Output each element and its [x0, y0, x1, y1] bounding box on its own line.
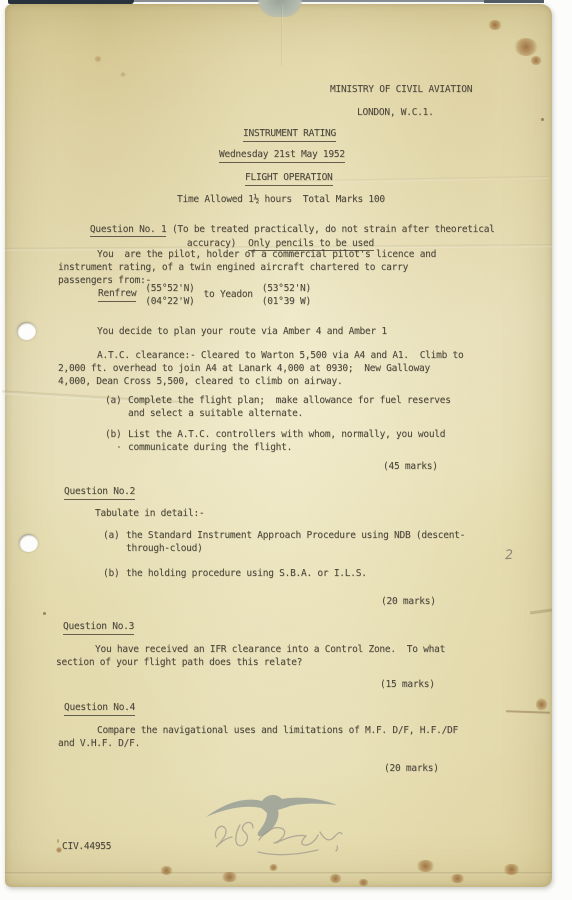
route-to-coordinates: (53°52'N) (01°39 W)	[262, 282, 311, 308]
margin-note-pencil: 2	[504, 548, 513, 564]
stain	[221, 872, 238, 882]
document-title: INSTRUMENT RATING	[243, 128, 336, 142]
question4-body-line: and V.H.F. D/F.	[58, 738, 140, 750]
question2-label: Question No.2	[64, 486, 135, 500]
question1-label: Question No. 1	[90, 224, 167, 237]
route-from-coordinates: (55°52'N) (04°22'W)	[145, 282, 194, 308]
speck	[541, 118, 544, 121]
stain	[503, 864, 520, 875]
header-london: LONDON, W.C.1.	[357, 107, 434, 119]
route-to-label: to Yeadon	[204, 289, 253, 301]
question3-label: Question No.3	[63, 621, 134, 635]
stain	[94, 56, 102, 62]
route-from-lat: (55°52'N)	[145, 282, 194, 295]
question1-item-b-line: communicate during the flight.	[128, 442, 292, 454]
header-ministry: MINISTRY OF CIVIL AVIATION	[330, 84, 472, 96]
scan-edge-artifact	[134, 0, 484, 2]
route-from-label: Renfrew	[98, 288, 136, 302]
document-subtitle: FLIGHT OPERATION	[245, 172, 333, 186]
question1-item-a-line: Complete the flight plan; make allowance…	[128, 395, 451, 407]
question1-paragraph-line: You are the pilot, holder of a commercia…	[97, 249, 436, 261]
question4-label: Question No.4	[64, 702, 135, 716]
question3-body-line: section of your flight path does this re…	[56, 657, 302, 669]
question2-item-a-line: through-cloud)	[126, 543, 203, 555]
question1-item-a-line: and select a suitable alternate.	[128, 408, 303, 420]
document-reference-number: CIV.44955	[62, 841, 111, 853]
route-block: Renfrew (55°52'N) (04°22'W) to Yeadon (5…	[98, 282, 311, 308]
question1-paragraph-line: instrument rating, of a twin engined air…	[58, 262, 408, 274]
stain	[488, 20, 502, 30]
atc-clearance-line: A.T.C. clearance:- Cleared to Warton 5,5…	[97, 350, 463, 362]
question1-item-b-line: List the A.T.C. controllers with whom, n…	[128, 429, 445, 441]
stain	[269, 864, 278, 871]
document-date: Wednesday 21st May 1952	[219, 149, 345, 163]
question4-body-line: Compare the navigational uses and limita…	[97, 725, 458, 737]
punch-hole-bottom	[19, 534, 38, 552]
scan-edge-artifact	[484, 0, 544, 3]
time-allowed-line: Time Allowed 1½ hours Total Marks 100	[177, 194, 385, 206]
speck	[43, 612, 46, 615]
stain	[514, 38, 538, 56]
question1-item-a-label: (a)	[105, 395, 121, 407]
speck	[118, 446, 120, 448]
stain	[160, 866, 173, 875]
scan-edge-artifact	[8, 0, 134, 4]
question2-item-a-label: (a)	[103, 530, 119, 542]
stain	[358, 879, 369, 886]
question1-amber-line: You decide to plan your route via Amber …	[97, 326, 387, 338]
question3-marks: (15 marks)	[380, 679, 435, 691]
stain	[120, 72, 126, 77]
question2-item-b-label: (b)	[103, 568, 119, 580]
question3-body-line: You have received an IFR clearance into …	[95, 644, 445, 656]
route-to-lat: (53°52'N)	[262, 282, 311, 295]
question1-item-b-label: (b)	[105, 429, 121, 441]
question1-accuracy: accuracy)	[187, 238, 236, 249]
stain	[416, 860, 435, 872]
stain	[329, 874, 342, 883]
route-to-lon: (01°39 W)	[262, 295, 311, 308]
stain	[530, 56, 542, 65]
scanned-document: MINISTRY OF CIVIL AVIATION LONDON, W.C.1…	[0, 0, 572, 900]
question4-marks: (20 marks)	[384, 763, 439, 775]
question2-marks: (20 marks)	[381, 596, 436, 608]
question1-marks: (45 marks)	[383, 461, 438, 473]
stain	[536, 698, 547, 711]
atc-clearance-line: 4,000, Dean Cross 5,500, cleared to clim…	[58, 376, 342, 388]
question2-item-b-line: the holding procedure using S.B.A. or I.…	[126, 568, 367, 580]
stain	[450, 874, 465, 883]
question2-intro: Tabulate in detail:-	[95, 508, 204, 520]
handwritten-signature	[206, 810, 346, 862]
atc-clearance-line: 2,000 ft. overhead to join A4 at Lanark …	[58, 363, 430, 375]
ink-mark	[57, 839, 59, 843]
route-from-lon: (04°22'W)	[145, 295, 194, 308]
question2-item-a-line: the Standard Instrument Approach Procedu…	[126, 530, 465, 542]
punch-hole-top	[17, 322, 36, 340]
